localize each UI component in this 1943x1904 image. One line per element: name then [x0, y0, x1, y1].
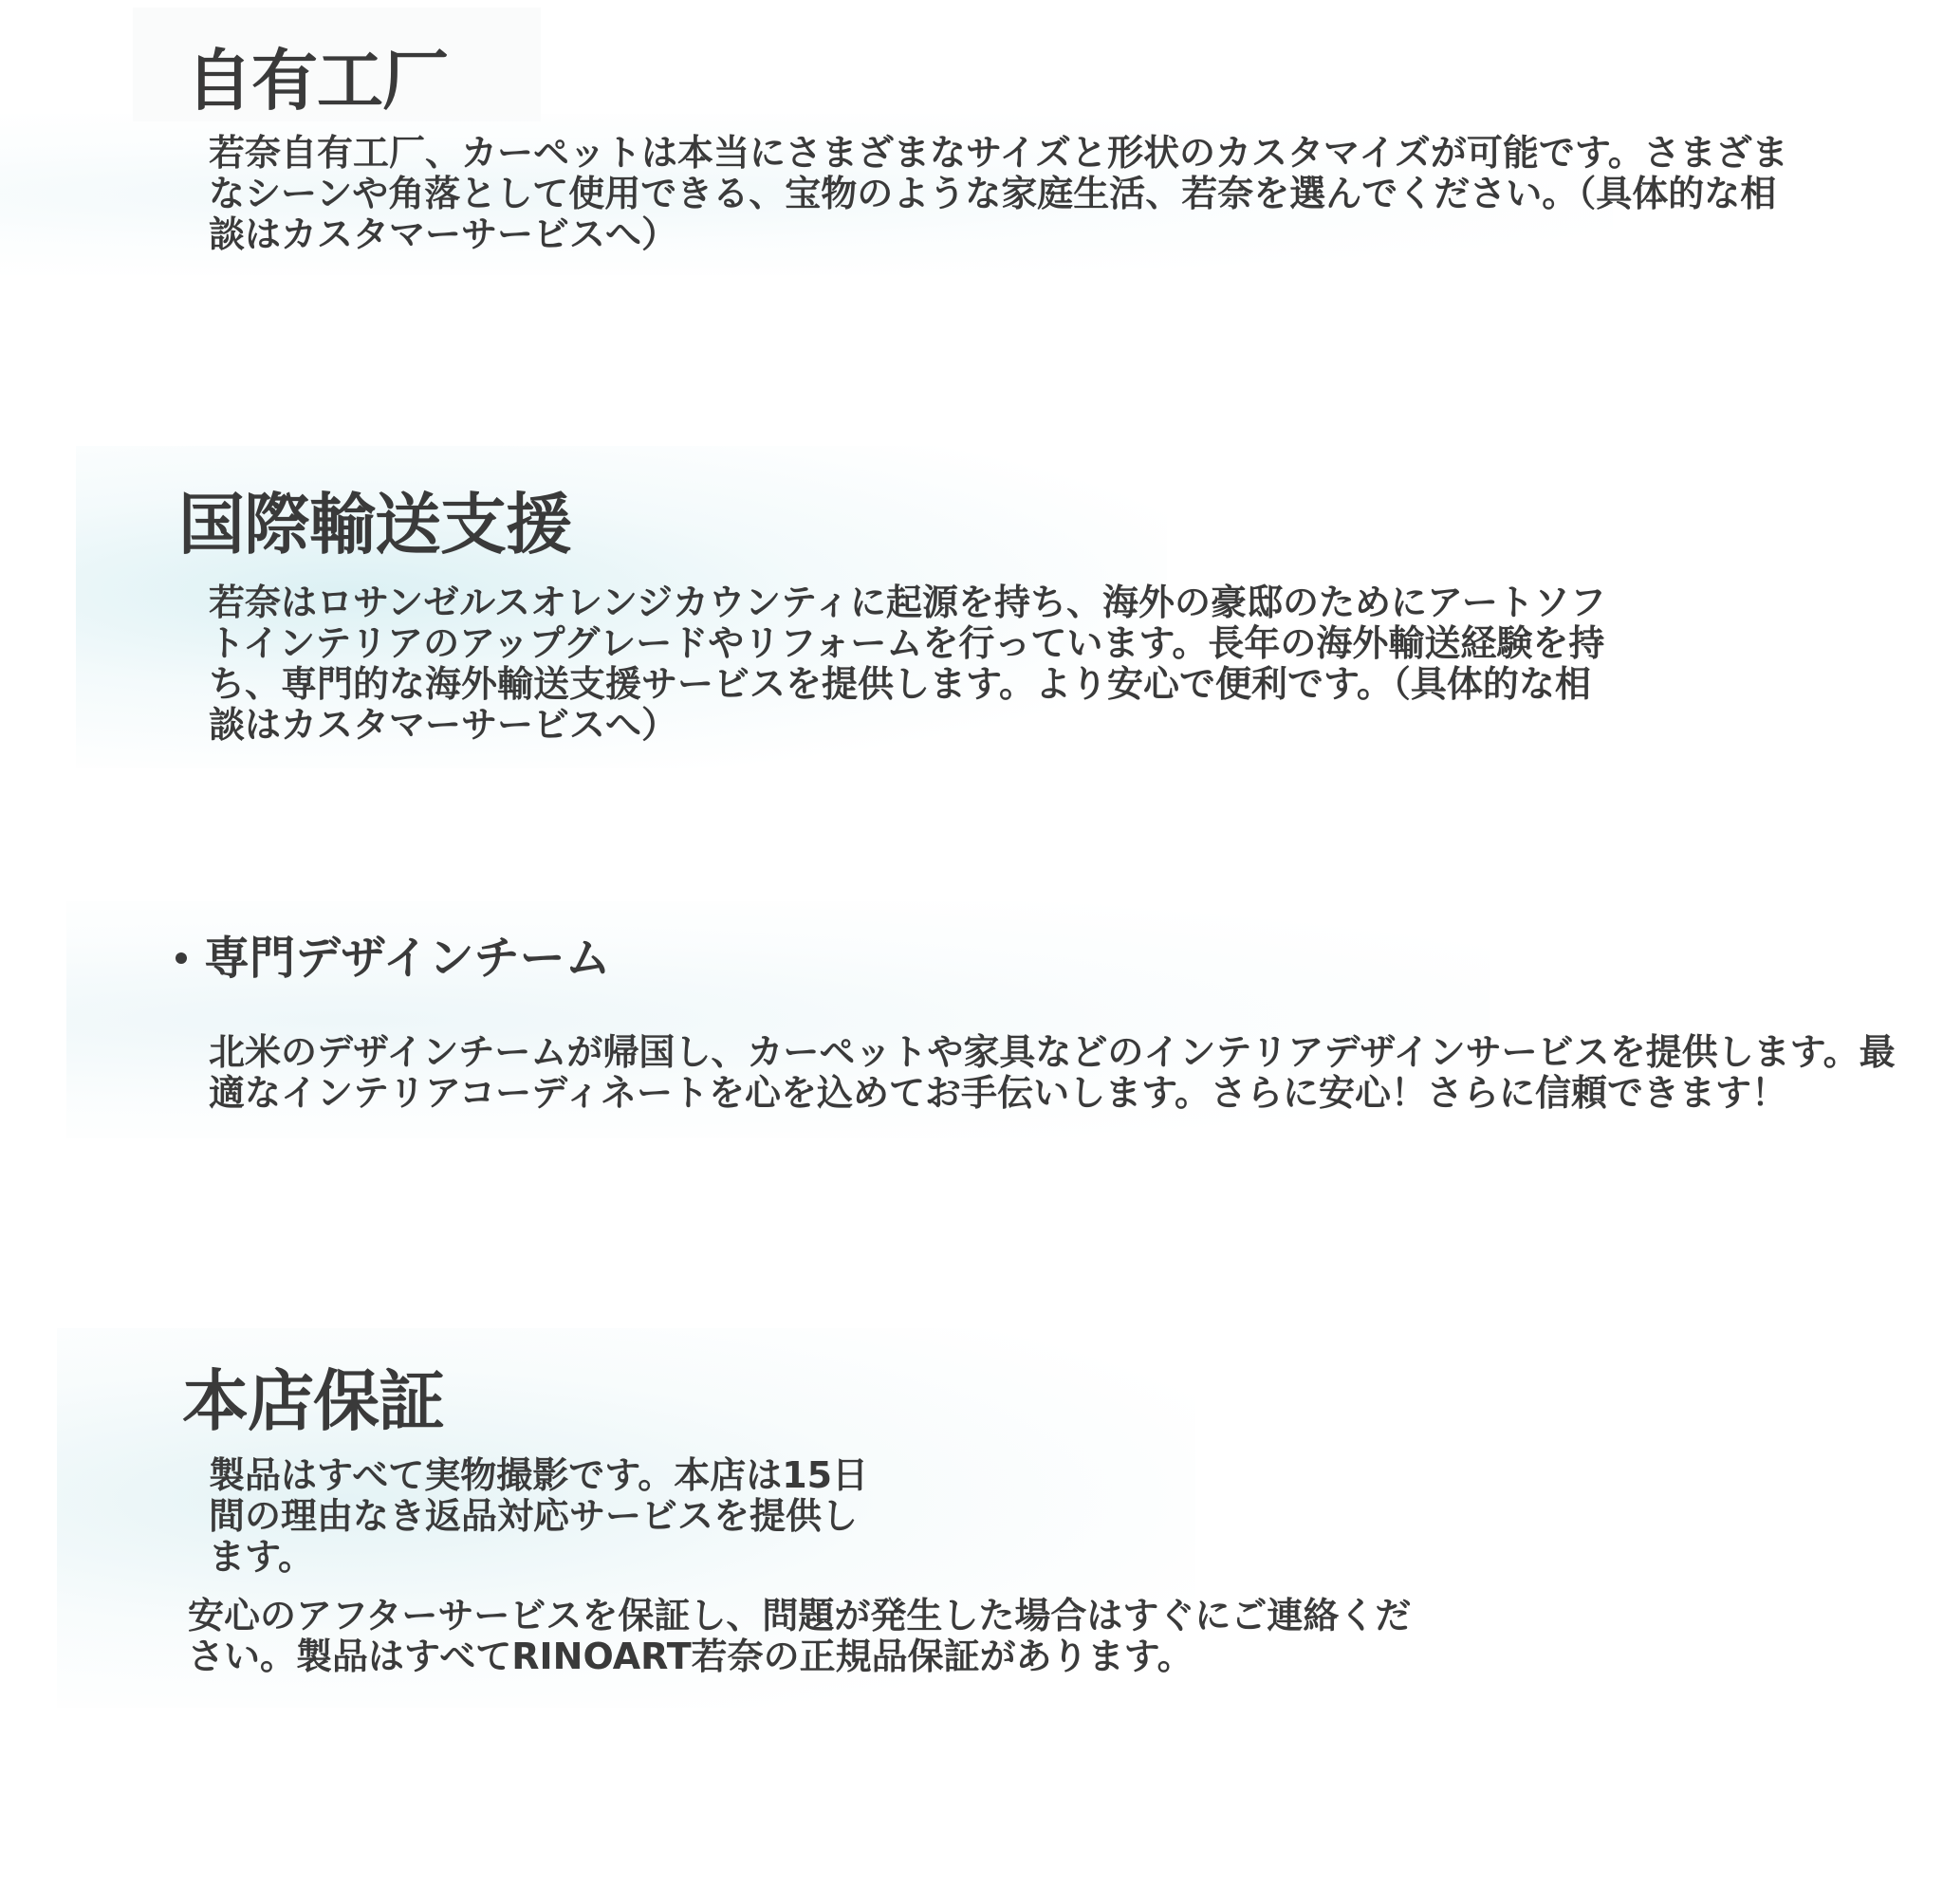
section-heading: 自有工厂 — [186, 47, 448, 114]
section-body: 若奈自有工厂、カーペットは本当にさまざまなサイズと形状のカスタマイズが可能です。… — [209, 133, 1803, 255]
section-heading: 本店保証 — [182, 1368, 444, 1434]
bullet-icon — [176, 952, 187, 964]
section-body: 若奈はロサンゼルスオレンジカウンティに起源を持ち、海外の豪邸のためにアートソフト… — [209, 582, 1613, 746]
section-heading: 専門デザインチーム — [176, 935, 611, 981]
section-heading: 国際輸送支援 — [178, 491, 571, 558]
section-heading-text: 専門デザインチーム — [204, 935, 611, 981]
section-body: 北米のデザインチームが帰国し、カーペットや家具などのインテリアデザインサービスを… — [209, 1032, 1907, 1114]
section-body-secondary: 安心のアフターサービスを保証し、問題が発生した場合はすぐにご連絡ください。製品は… — [188, 1596, 1421, 1677]
section-body: 製品はすべて実物撮影です。本店は15日間の理由なき返品対応サービスを提供します。 — [209, 1455, 892, 1578]
